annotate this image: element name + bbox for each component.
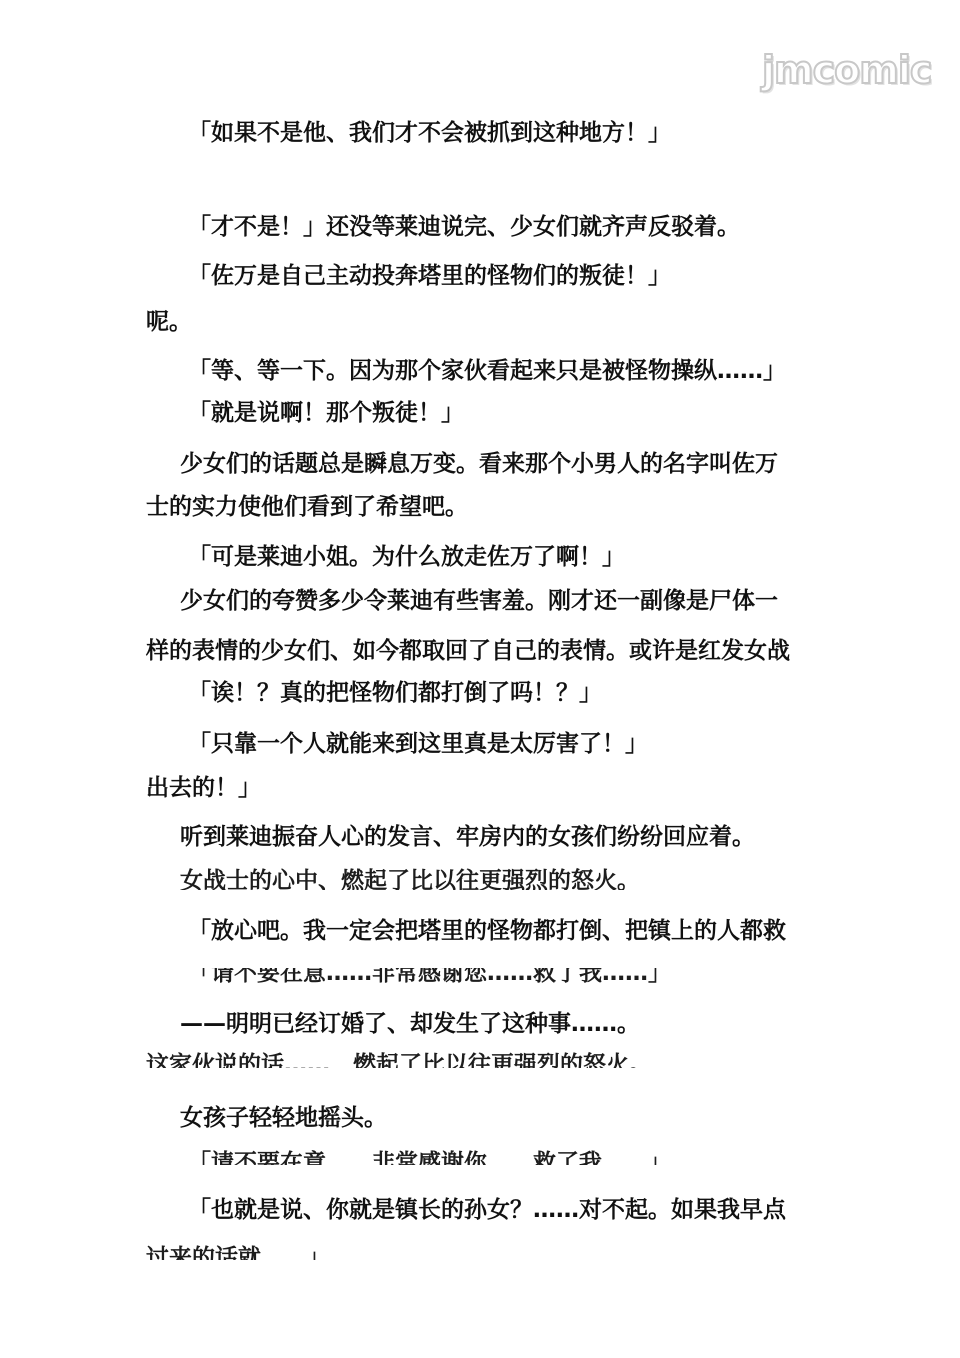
text-line-content: 「只靠一个人就能来到这里真是太厉害了！」 — [188, 731, 648, 757]
text-line-content: 女孩子轻轻地摇头。 — [180, 1105, 387, 1131]
novel-page: jmcomic 「如果不是他、我们才不会被抓到这种地方！」「才不是！」还没等莱迪… — [0, 0, 960, 1358]
text-line: 「也就是说、你就是镇长的孙女？……对不起。如果我早点 — [188, 1195, 786, 1225]
text-line-content: 「诶！？真的把怪物们都打倒了吗！？」 — [188, 680, 602, 706]
text-line-content: 「佐万是自己主动投奔塔里的怪物们的叛徒！」 — [188, 263, 671, 289]
text-line-content: 出去的！」 — [146, 775, 261, 801]
text-line: 「诶！？真的把怪物们都打倒了吗！？」 — [188, 678, 602, 708]
text-line: 士的实力使他们看到了希望吧。 — [146, 492, 468, 522]
text-line: 「如果不是他、我们才不会被抓到这种地方！」 — [188, 118, 671, 148]
text-line: 样的表情的少女们、如今都取回了自己的表情。或许是红发女战 — [146, 636, 790, 666]
text-line: 少女们的话题总是瞬息万变。看来那个小男人的名字叫佐万 — [180, 449, 778, 479]
text-line-content: 「可是莱迪小姐。为什么放走佐万了啊！」 — [188, 544, 625, 570]
text-line: 这家伙说的话……、燃起了比以往更强烈的怒火。 — [146, 1050, 652, 1068]
text-line: 「佐万是自己主动投奔塔里的怪物们的叛徒！」 — [188, 261, 671, 291]
text-line: 「只靠一个人就能来到这里真是太厉害了！」 — [188, 729, 648, 759]
watermark-logo: jmcomic — [762, 48, 931, 92]
text-line: 「请不要在意……非常感谢您……救了我……」 — [188, 968, 671, 988]
text-line-content: 样的表情的少女们、如今都取回了自己的表情。或许是红发女战 — [146, 638, 790, 664]
text-line-content: 这家伙说的话……、燃起了比以往更强烈的怒火。 — [146, 1052, 652, 1068]
text-line: ——明明已经订婚了、却发生了这种事……。 — [180, 1009, 640, 1039]
text-line-content: ——明明已经订婚了、却发生了这种事……。 — [180, 1011, 640, 1037]
text-line: 少女们的夸赞多少令莱迪有些害羞。刚才还一副像是尸体一 — [180, 586, 778, 616]
text-line: 「放心吧。我一定会把塔里的怪物都打倒、把镇上的人都救 — [188, 916, 786, 946]
text-line: 出去的！」 — [146, 773, 261, 803]
text-line: 「可是莱迪小姐。为什么放走佐万了啊！」 — [188, 542, 625, 572]
text-line-content: 少女们的夸赞多少令莱迪有些害羞。刚才还一副像是尸体一 — [180, 588, 778, 614]
text-line: 「就是说啊！那个叛徒！」 — [188, 398, 464, 428]
text-line-content: 少女们的话题总是瞬息万变。看来那个小男人的名字叫佐万 — [180, 451, 778, 477]
text-line: 女孩子轻轻地摇头。 — [180, 1103, 387, 1133]
text-line-content: 「就是说啊！那个叛徒！」 — [188, 400, 464, 426]
text-line-content: 「等、等一下。因为那个家伙看起来只是被怪物操纵……」 — [188, 358, 786, 384]
text-line-content: 「如果不是他、我们才不会被抓到这种地方！」 — [188, 120, 671, 146]
text-line-content: 女战士的心中、燃起了比以往更强烈的怒火。 — [180, 868, 640, 890]
text-line: 听到莱迪振奋人心的发言、牢房内的女孩们纷纷回应着。 — [180, 822, 755, 852]
text-line: 「才不是！」还没等莱迪说完、少女们就齐声反驳着。 — [188, 212, 740, 242]
text-line-content: 呢。 — [146, 309, 192, 335]
text-line-content: 「请不要在意……非常感谢你……救了我……」 — [188, 1150, 671, 1165]
text-line: 呢。 — [146, 307, 192, 337]
text-line: 女战士的心中、燃起了比以往更强烈的怒火。 — [180, 866, 640, 890]
text-line-content: 「也就是说、你就是镇长的孙女？……对不起。如果我早点 — [188, 1197, 786, 1223]
text-line-content: 听到莱迪振奋人心的发言、牢房内的女孩们纷纷回应着。 — [180, 824, 755, 850]
text-line-content: 过来的话就……」 — [146, 1245, 330, 1260]
text-line-content: 「请不要在意……非常感谢您……救了我……」 — [188, 968, 671, 988]
text-line: 「等、等一下。因为那个家伙看起来只是被怪物操纵……」 — [188, 356, 786, 386]
text-line: 过来的话就……」 — [146, 1243, 330, 1260]
text-line-content: 「放心吧。我一定会把塔里的怪物都打倒、把镇上的人都救 — [188, 918, 786, 944]
text-line: 「请不要在意……非常感谢你……救了我……」 — [188, 1148, 671, 1165]
text-line-content: 士的实力使他们看到了希望吧。 — [146, 494, 468, 520]
text-line-content: 「才不是！」还没等莱迪说完、少女们就齐声反驳着。 — [188, 214, 740, 240]
